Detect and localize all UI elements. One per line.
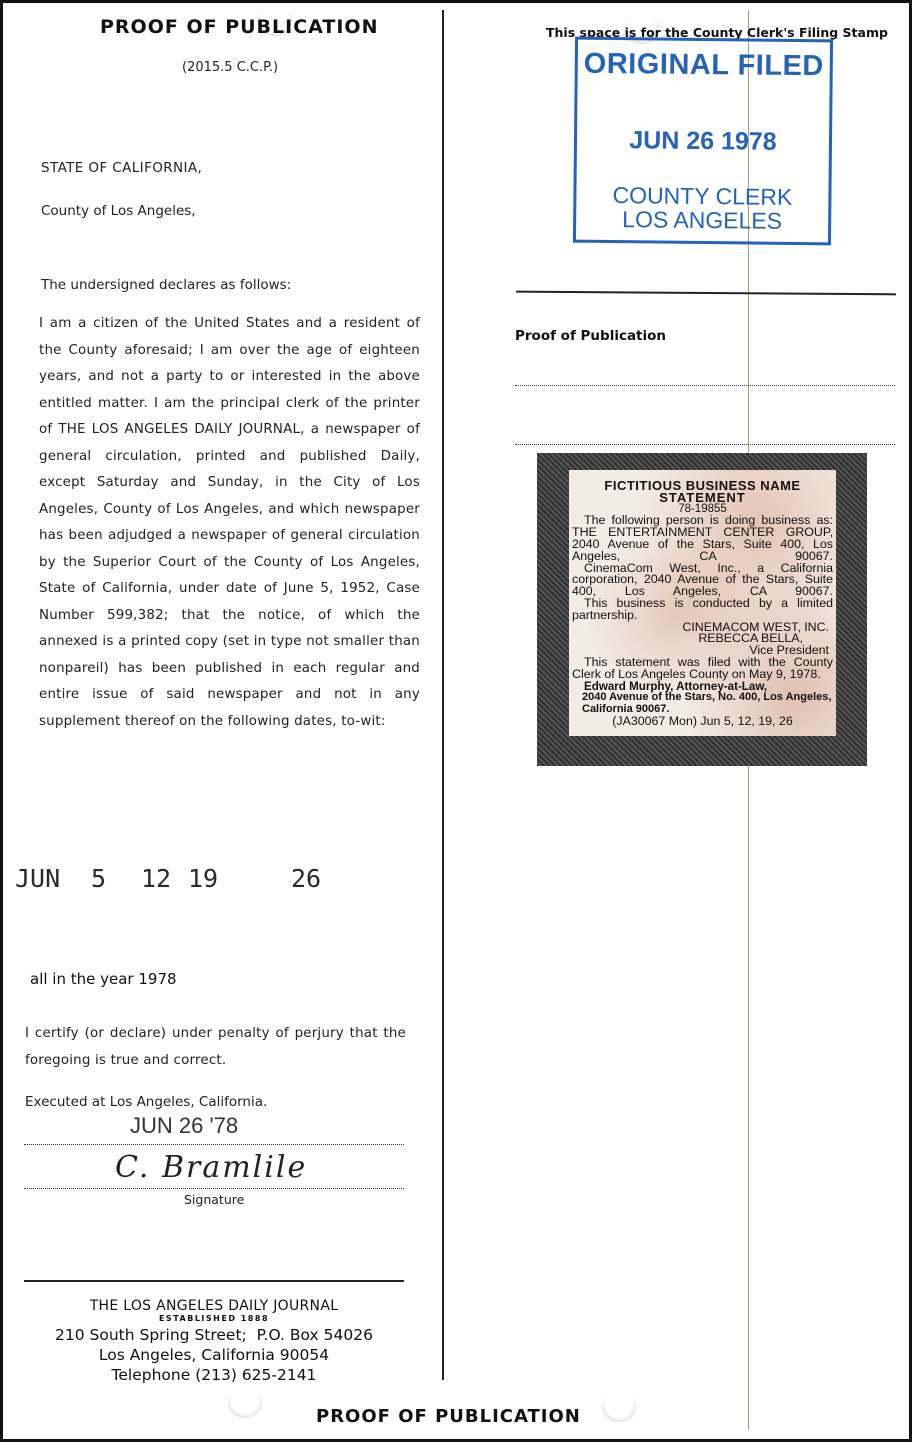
date-line (24, 1144, 404, 1145)
date-day-3: 19 (188, 864, 218, 893)
county-line: County of Los Angeles, (41, 203, 196, 219)
filing-stamp: ORIGINAL FILED JUN 26 1978 COUNTY CLERK … (573, 37, 833, 246)
stamp-original-filed: ORIGINAL FILED (578, 48, 830, 84)
state-line: STATE OF CALIFORNIA, (41, 160, 202, 176)
proof-line-1 (515, 385, 895, 386)
publisher-address-2: Los Angeles, California 90054 (24, 1346, 404, 1364)
punch-hole-bottom-right (602, 1392, 636, 1422)
executed-date-stamp: JUN 26 '78 (130, 1113, 238, 1139)
document-title: PROOF OF PUBLICATION (100, 16, 378, 38)
clipping-attorney-2: 2040 Avenue of the Stars, No. 400, Los A… (572, 692, 833, 716)
clipping-title-2: STATEMENT (572, 492, 833, 504)
executed-line: Executed at Los Angeles, California. (25, 1094, 267, 1110)
date-day-1: 5 (91, 864, 106, 893)
dates-month: JUN (15, 864, 60, 893)
punch-hole-bottom-left (228, 1388, 262, 1418)
certify-paragraph: I certify (or declare) under penalty of … (25, 1021, 406, 1074)
declares-line: The undersigned declares as follows: (41, 277, 291, 293)
signature: C. Bramlile (115, 1150, 307, 1185)
newspaper-clipping: FICTITIOUS BUSINESS NAME STATEMENT 78-19… (569, 470, 836, 736)
stamp-date: JUN 26 1978 (577, 126, 829, 158)
year-line: all in the year 1978 (30, 970, 177, 988)
clipping-paragraph-3: This business is conducted by a limited … (572, 598, 833, 622)
signature-label: Signature (184, 1192, 244, 1207)
column-divider (442, 10, 444, 1380)
publisher-address-1: 210 South Spring Street; P.O. Box 54026 (24, 1326, 404, 1344)
clipping-paragraph-1: The following person is doing business a… (572, 515, 833, 562)
declaration-paragraph: I am a citizen of the United States and … (39, 311, 420, 735)
date-day-4: 26 (291, 864, 321, 893)
publisher-rule (24, 1280, 404, 1282)
clipping-reference: (JA30067 Mon) Jun 5, 12, 19, 26 (572, 716, 833, 728)
clipping-paragraph-2: CinemaCom West, Inc., a California corpo… (572, 563, 833, 598)
proof-label: Proof of Publication (515, 328, 666, 344)
publisher-name: THE LOS ANGELES DAILY JOURNAL (24, 1298, 404, 1314)
signature-line (24, 1188, 404, 1189)
publisher-telephone: Telephone (213) 625-2141 (24, 1366, 404, 1384)
footer-title: PROOF OF PUBLICATION (316, 1406, 581, 1427)
proof-line-2 (515, 444, 895, 445)
publisher-established: ESTABLISHED 1888 (24, 1314, 404, 1323)
stamp-los-angeles: LOS ANGELES (576, 206, 828, 236)
date-day-2: 12 (141, 864, 171, 893)
statute-code: (2015.5 C.C.P.) (182, 60, 278, 75)
publisher-block: THE LOS ANGELES DAILY JOURNAL ESTABLISHE… (24, 1298, 404, 1384)
clipping-paragraph-4: This statement was filed with the County… (572, 657, 833, 681)
